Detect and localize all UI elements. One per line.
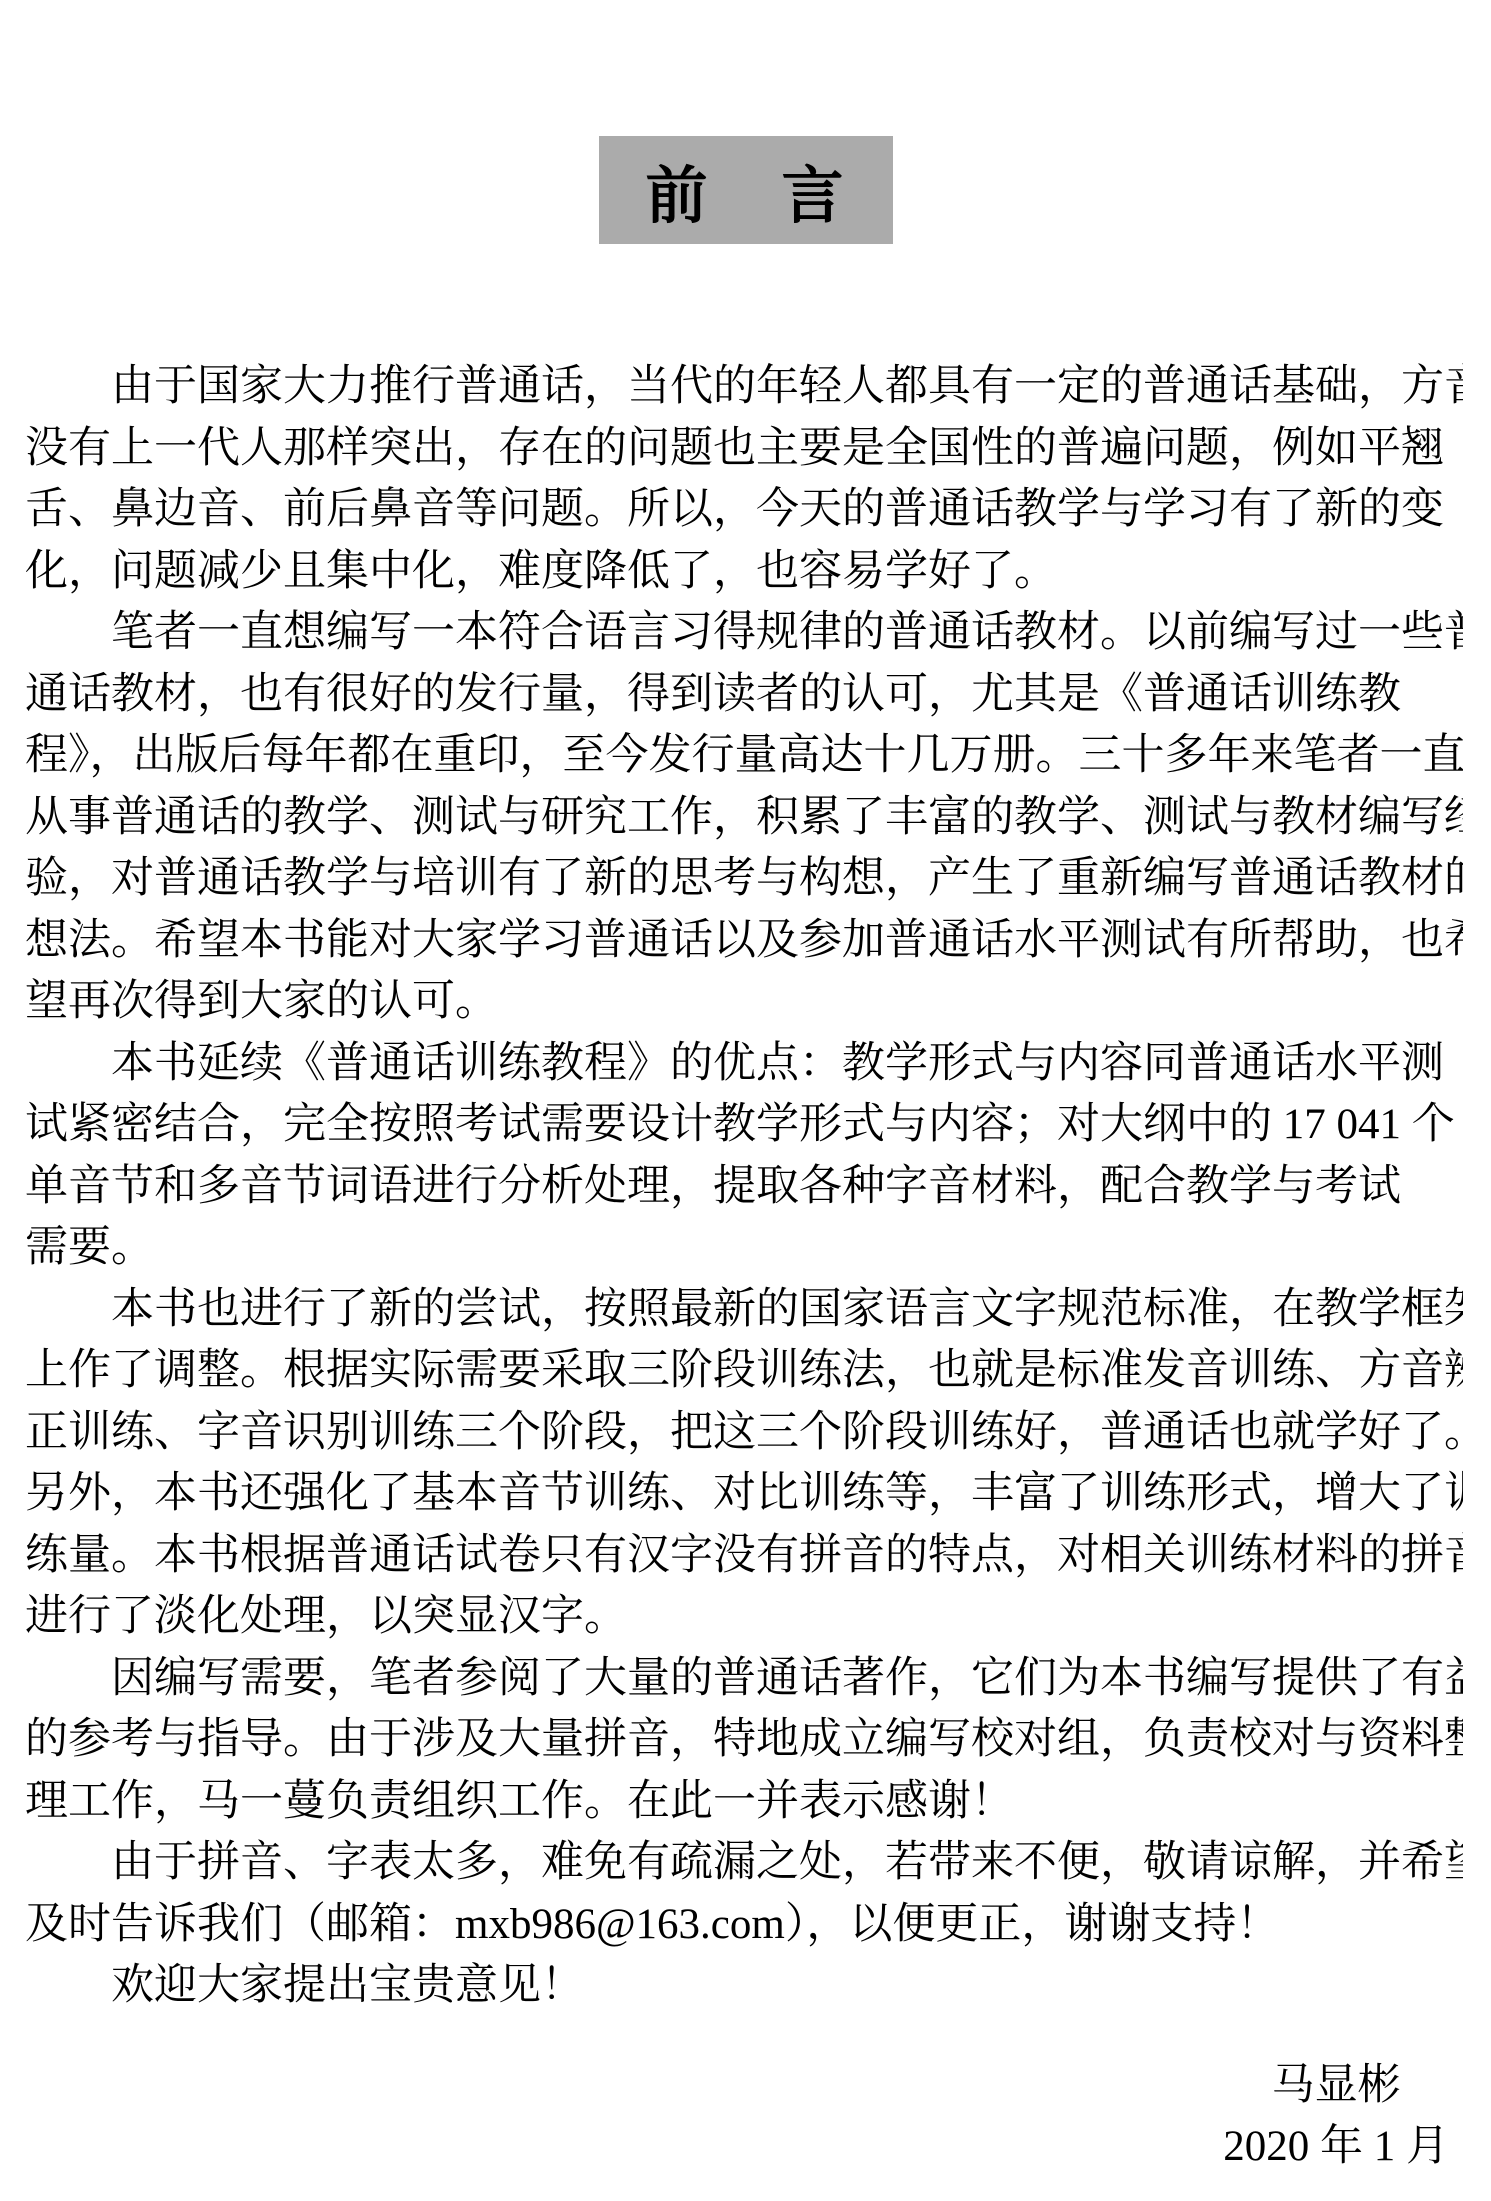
signature-block: 马显彬 2020 年 1 月 [0,2055,1491,2178]
author-name: 马显彬 [1223,2055,1449,2117]
preface-page: 前 言 由于国家大力推行普通话，当代的年轻人都具有一定的普通话基础，方音没有上一… [0,0,1491,2201]
text-line: 想法。希望本书能对大家学习普通话以及参加普通话水平测试有所帮助，也希 [25,910,1463,972]
body-text: 由于国家大力推行普通话，当代的年轻人都具有一定的普通话基础，方音没有上一代人那样… [25,356,1463,2017]
signature-inner: 马显彬 2020 年 1 月 [1223,2055,1449,2178]
text-line: 正训练、字音识别训练三个阶段，把这三个阶段训练好，普通话也就学好了。 [25,1402,1463,1464]
text-line: 笔者一直想编写一本符合语言习得规律的普通话教材。以前编写过一些普 [25,602,1463,664]
text-line: 因编写需要，笔者参阅了大量的普通话著作，它们为本书编写提供了有益 [25,1648,1463,1710]
page-title: 前 言 [646,146,846,235]
text-line: 舌、鼻边音、前后鼻音等问题。所以，今天的普通话教学与学习有了新的变 [25,479,1463,541]
text-line: 欢迎大家提出宝贵意见！ [25,1955,1463,2017]
text-line: 没有上一代人那样突出，存在的问题也主要是全国性的普遍问题，例如平翘 [25,418,1463,480]
text-line: 试紧密结合，完全按照考试需要设计教学形式与内容；对大纲中的 17 041 个 [25,1094,1463,1156]
text-line: 程》，出版后每年都在重印，至今发行量高达十几万册。三十多年来笔者一直 [25,725,1463,787]
text-line: 本书延续《普通话训练教程》的优点：教学形式与内容同普通话水平测 [25,1033,1463,1095]
text-line: 练量。本书根据普通话试卷只有汉字没有拼音的特点，对相关训练材料的拼音 [25,1525,1463,1587]
signature-date: 2020 年 1 月 [1223,2116,1449,2178]
text-line: 由于拼音、字表太多，难免有疏漏之处，若带来不便，敬请谅解，并希望 [25,1832,1463,1894]
text-line: 及时告诉我们（邮箱：mxb986@163.com），以便更正，谢谢支持！ [25,1894,1463,1956]
text-line: 的参考与指导。由于涉及大量拼音，特地成立编写校对组，负责校对与资料整 [25,1709,1463,1771]
text-line: 从事普通话的教学、测试与研究工作，积累了丰富的教学、测试与教材编写经 [25,787,1463,849]
chapter-title-box: 前 言 [599,136,893,244]
text-line: 由于国家大力推行普通话，当代的年轻人都具有一定的普通话基础，方音 [25,356,1463,418]
text-line: 上作了调整。根据实际需要采取三阶段训练法，也就是标准发音训练、方音辨 [25,1340,1463,1402]
text-line: 需要。 [25,1217,1463,1279]
text-line: 望再次得到大家的认可。 [25,971,1463,1033]
text-line: 验，对普通话教学与培训有了新的思考与构想，产生了重新编写普通话教材的 [25,848,1463,910]
text-line: 通话教材，也有很好的发行量，得到读者的认可，尤其是《普通话训练教 [25,664,1463,726]
text-line: 另外，本书还强化了基本音节训练、对比训练等，丰富了训练形式，增大了训 [25,1463,1463,1525]
text-line: 进行了淡化处理，以突显汉字。 [25,1586,1463,1648]
text-line: 单音节和多音节词语进行分析处理，提取各种字音材料，配合教学与考试 [25,1156,1463,1218]
text-line: 化，问题减少且集中化，难度降低了，也容易学好了。 [25,541,1463,603]
text-line: 本书也进行了新的尝试，按照最新的国家语言文字规范标准，在教学框架 [25,1279,1463,1341]
text-line: 理工作，马一蔓负责组织工作。在此一并表示感谢！ [25,1771,1463,1833]
